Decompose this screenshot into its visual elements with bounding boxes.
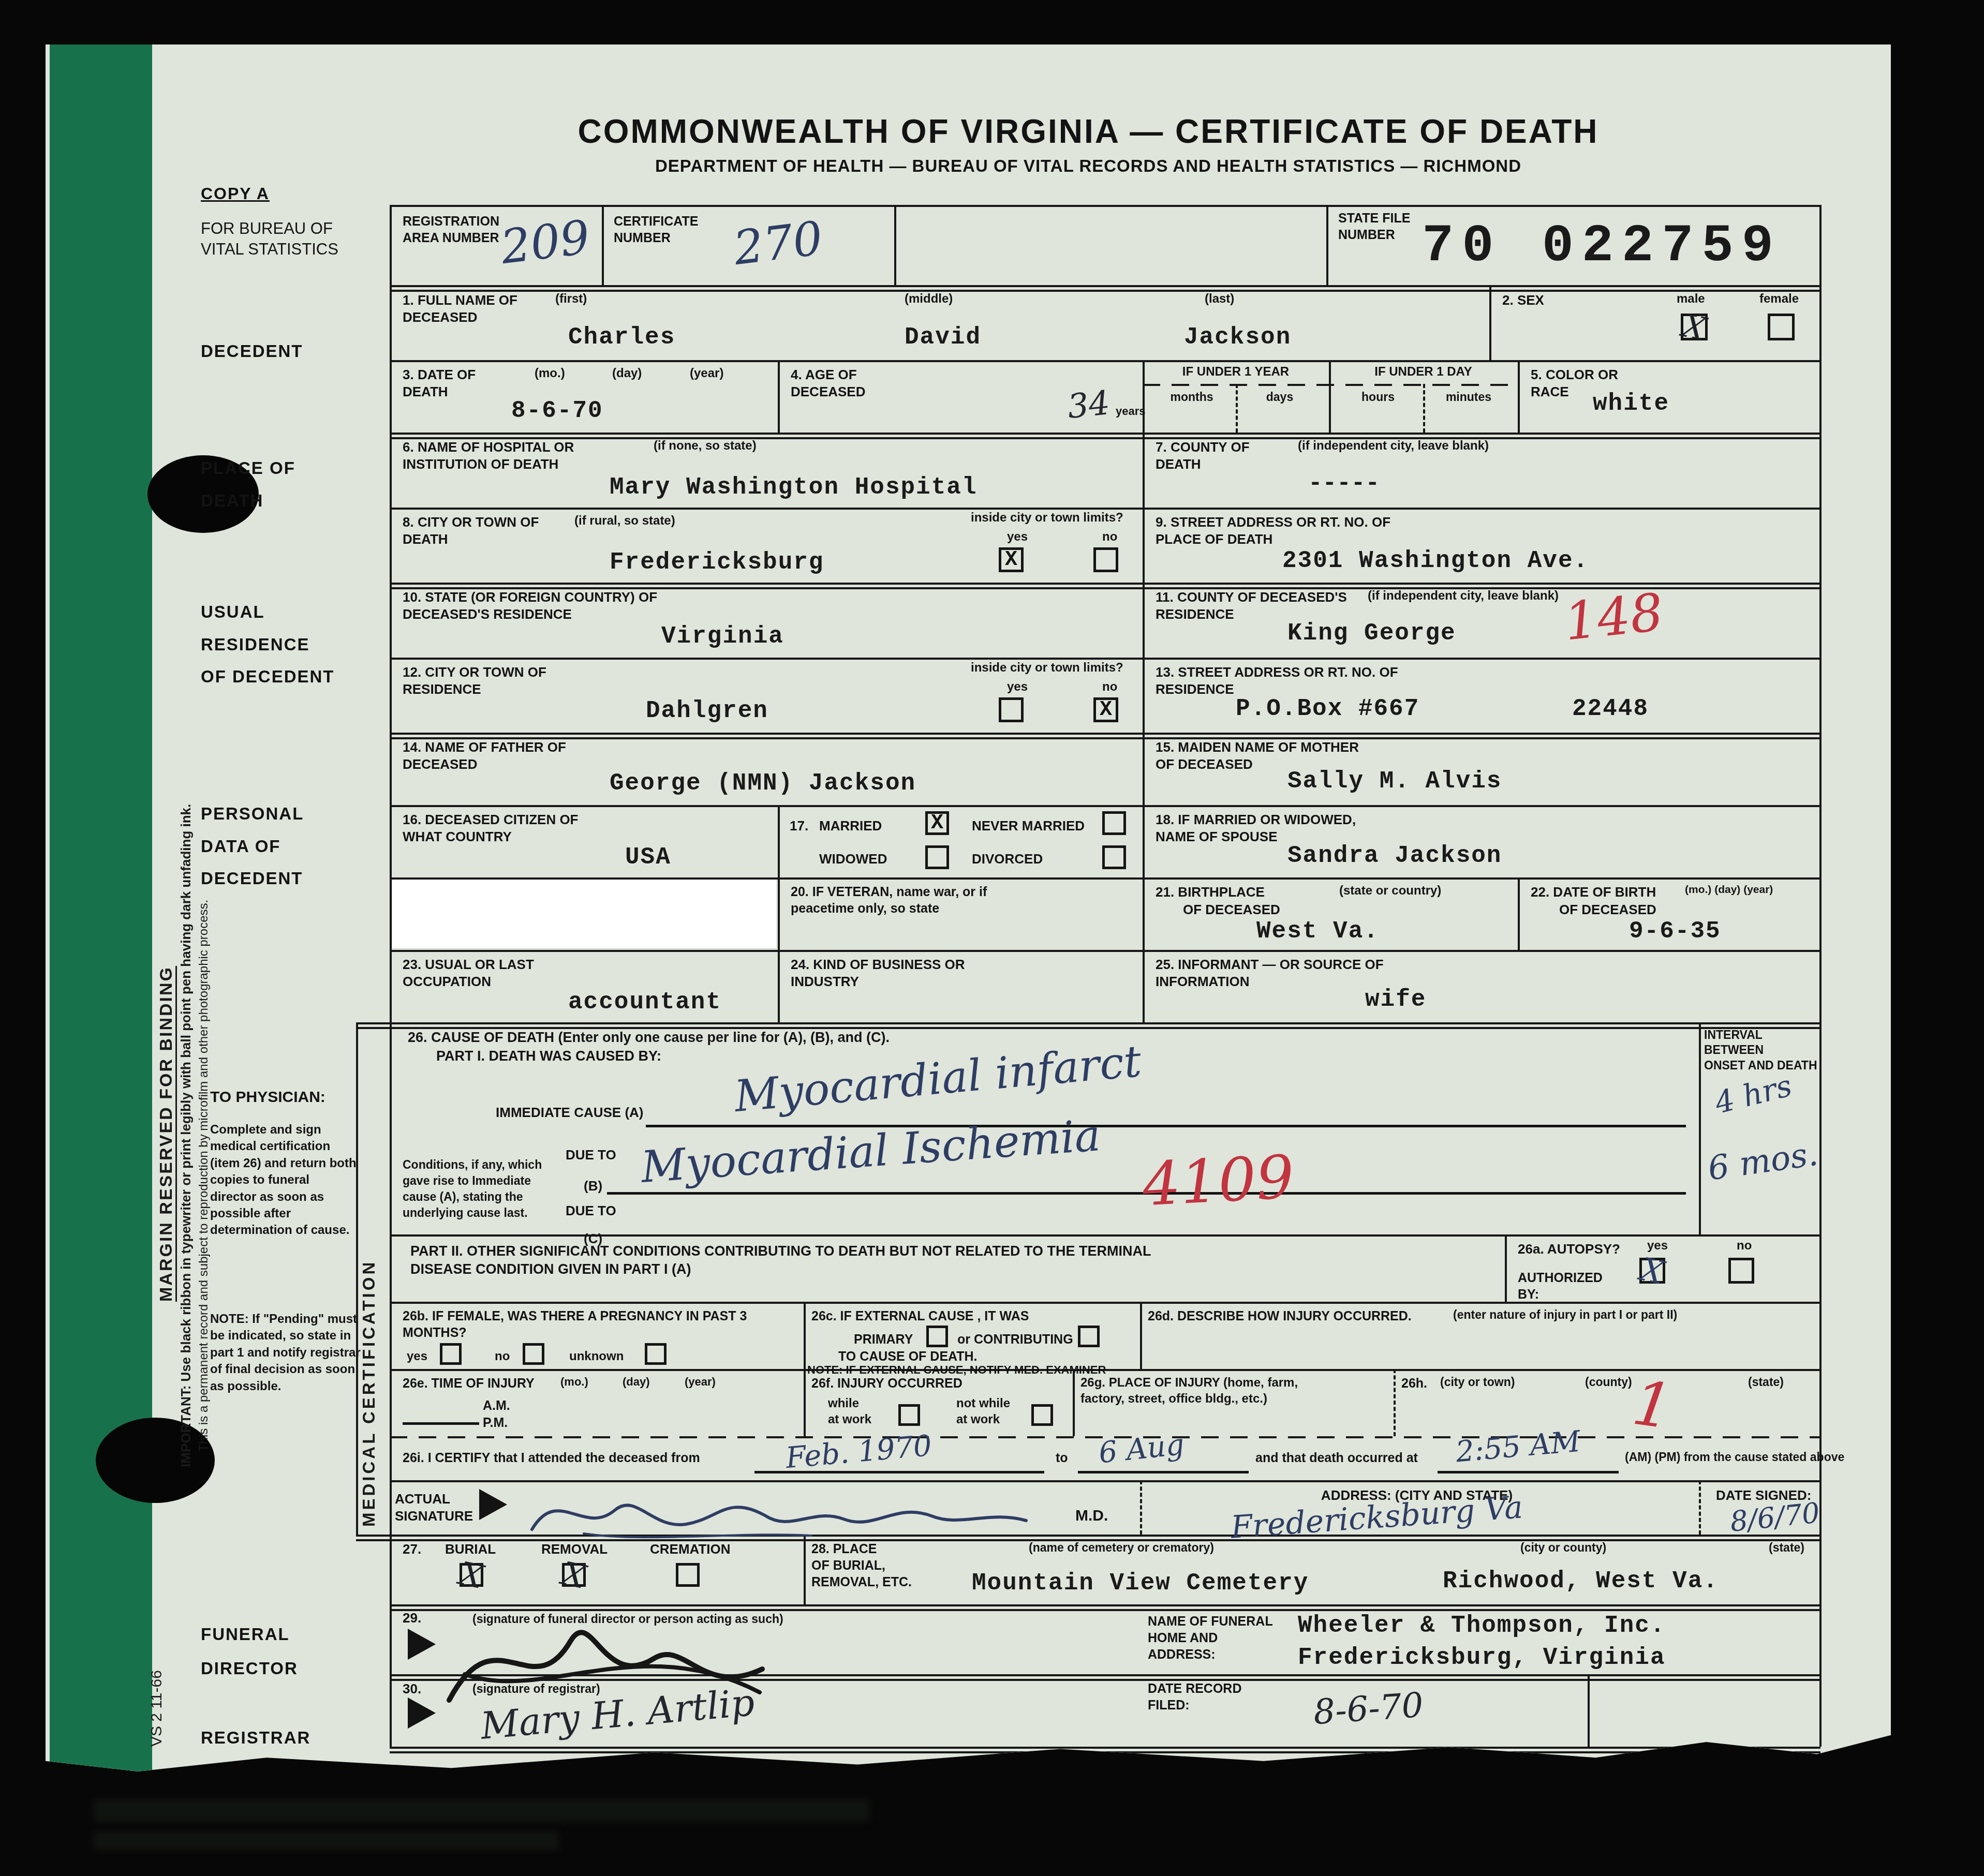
field30-hint: (signature of registrar) <box>472 1682 600 1696</box>
street-of-death-value: 2301 Washington Ave. <box>1282 547 1589 574</box>
field21-sub: OF DECEASED <box>1183 901 1280 918</box>
field26h-city-hint: (city or town) <box>1440 1375 1515 1389</box>
hours-label: hours <box>1337 390 1419 404</box>
contributing-checkbox <box>1078 1326 1100 1347</box>
interval-line1: INTERVAL BETWEEN <box>1704 1028 1823 1058</box>
widowed-checkbox <box>925 845 949 869</box>
field1-hint-middle: (middle) <box>905 292 953 306</box>
field26f-label: 26f. INJURY OCCURRED <box>811 1375 963 1392</box>
field29-num: 29. <box>403 1610 421 1627</box>
while-line2: at work <box>828 1412 871 1428</box>
field26b-label: 26b. IF FEMALE, WAS THERE A PREGNANCY IN… <box>403 1308 765 1341</box>
part2-label: PART II. OTHER SIGNIFICANT CONDITIONS CO… <box>410 1242 1476 1278</box>
field12-yes-label: yes <box>1007 680 1028 694</box>
actual-line2: SIGNATURE <box>395 1508 473 1525</box>
while-at-work-label: while at work <box>828 1396 871 1427</box>
state-file-value: 70 022759 <box>1422 216 1782 276</box>
field8-yes-label: yes <box>1007 530 1028 544</box>
burial-state-hint: (state) <box>1769 1541 1804 1555</box>
field26d-label: 26d. DESCRIBE HOW INJURY OCCURRED. <box>1148 1308 1412 1324</box>
field13-label: 13. STREET ADDRESS OR RT. NO. OF RESIDEN… <box>1156 664 1414 698</box>
field20-line2: peacetime only, so state <box>791 900 1018 917</box>
funeral-home-name: Wheeler & Thompson, Inc. <box>1298 1612 1666 1639</box>
bureau-label: FOR BUREAU OF VITAL STATISTICS <box>201 218 338 259</box>
county-of-death-value: ----- <box>1308 470 1380 497</box>
page-title: COMMONWEALTH OF VIRGINIA — CERTIFICATE O… <box>356 111 1820 153</box>
home-line1: NAME OF FUNERAL <box>1148 1613 1273 1630</box>
under-1-year-label: IF UNDER 1 YEAR <box>1148 364 1324 380</box>
certify-mid: and that death occurred at <box>1255 1450 1418 1466</box>
cause-b-value: Myocardial Ischemia <box>640 1110 1102 1193</box>
field11-hint: (if independent city, leave blank) <box>1368 589 1559 603</box>
city-of-death-value: Fredericksburg <box>610 549 824 576</box>
primary-checkbox <box>926 1326 948 1347</box>
never-married-checkbox <box>1102 811 1126 835</box>
field26b-no-label: no <box>495 1349 510 1364</box>
field1-hint-first: (first) <box>555 292 587 306</box>
authorized-line1: AUTHORIZED <box>1518 1270 1603 1286</box>
field21-label: 21. BIRTHPLACE <box>1156 884 1265 901</box>
field12-no-checkbox: X <box>1093 697 1118 722</box>
minutes-label: minutes <box>1425 390 1513 404</box>
field28-line2: OF BURIAL, <box>811 1557 912 1574</box>
ghost-artifact <box>93 1799 869 1821</box>
authorized-line2: BY: <box>1518 1286 1603 1303</box>
field26b-unknown-label: unknown <box>569 1349 624 1364</box>
removal-checkbox: X <box>562 1563 586 1587</box>
field26-label: 26. CAUSE OF DEATH (Enter only one cause… <box>408 1029 890 1047</box>
field26h-county-hint: (county) <box>1585 1375 1632 1389</box>
age-value: 34 <box>1065 384 1112 426</box>
field22-label: 22. DATE OF BIRTH <box>1531 884 1656 901</box>
notwhile-line2: at work <box>956 1412 1010 1428</box>
field22-hint: (mo.) (day) (year) <box>1685 884 1773 896</box>
divorced-checkbox <box>1102 845 1126 869</box>
cemetery-value: Mountain View Cemetery <box>972 1570 1309 1597</box>
field8-label: 8. CITY OR TOWN OF DEATH <box>403 514 573 548</box>
field14-label: 14. NAME OF FATHER OF DECEASED <box>403 739 579 773</box>
scanned-death-certificate: MARGIN RESERVED FOR BINDING IMPORTANT: U… <box>0 0 1984 1876</box>
contributing-label: or CONTRIBUTING <box>957 1331 1073 1348</box>
date-record-line2: FILED: <box>1148 1697 1241 1714</box>
field26c-label: 26c. IF EXTERNAL CAUSE , IT WAS <box>811 1308 1029 1324</box>
director-arrow-icon <box>408 1629 436 1660</box>
autopsy-yes-mark: X <box>1637 1250 1667 1292</box>
side-res1: USUAL <box>201 596 335 629</box>
cause-red-code: 4109 <box>1141 1142 1296 1219</box>
side-fd2: DIRECTOR <box>201 1651 298 1686</box>
field8-hint: (if rural, so state) <box>574 514 675 528</box>
field12-limits-label: inside city or town limits? <box>971 660 1142 676</box>
date-record-line1: DATE RECORD <box>1148 1680 1241 1697</box>
field26b-unknown-checkbox <box>645 1343 667 1365</box>
certificate-number-label: CERTIFICATE NUMBER <box>614 213 717 246</box>
field26b-yes-checkbox <box>440 1343 462 1365</box>
field24-label: 24. KIND OF BUSINESS OR INDUSTRY <box>791 956 977 991</box>
physician-signature <box>522 1482 1039 1539</box>
bureau-line2: VITAL STATISTICS <box>201 239 338 260</box>
field22-sub: OF DECEASED <box>1559 901 1656 918</box>
pm-label: P.M. <box>483 1415 508 1431</box>
field11-label: 11. COUNTY OF DECEASED'S RESIDENCE <box>1156 589 1363 623</box>
field26b-yes-label: yes <box>407 1349 427 1364</box>
side-funeral-director: FUNERAL DIRECTOR <box>201 1617 298 1686</box>
married-mark: X <box>931 812 943 835</box>
date-of-birth-value: 9-6-35 <box>1629 918 1721 945</box>
field12-no-label: no <box>1102 680 1117 694</box>
side-personal-data: PERSONAL DATA OF DECEDENT <box>201 798 304 895</box>
field1-label: 1. FULL NAME OF DECEASED <box>403 292 527 326</box>
part2-line1: PART II. OTHER SIGNIFICANT CONDITIONS CO… <box>410 1242 1476 1260</box>
conditions-note: Conditions, if any, which gave rise to I… <box>403 1157 566 1221</box>
field3-hint-mo: (mo.) <box>535 366 565 381</box>
field26h-num: 26h. <box>1401 1375 1427 1392</box>
margin-binding-note: MARGIN RESERVED FOR BINDING <box>156 707 176 1302</box>
months-label: months <box>1153 390 1231 404</box>
side-fd1: FUNERAL <box>201 1617 298 1651</box>
date-record-value: 8-6-70 <box>1312 1685 1425 1733</box>
side-pers3: DECEDENT <box>201 862 304 895</box>
married-label: MARRIED <box>819 817 882 835</box>
field7-hint: (if independent city, leave blank) <box>1298 439 1489 453</box>
while-line1: while <box>828 1396 871 1412</box>
removal-label: REMOVAL <box>541 1541 608 1558</box>
interval-b-value: 6 mos. <box>1706 1135 1820 1188</box>
burial-mark: X <box>456 1554 486 1596</box>
certify-to-value: 6 Aug <box>1097 1428 1186 1470</box>
field12-yes-checkbox <box>999 697 1024 722</box>
field7-label: 7. COUNTY OF DEATH <box>1156 439 1290 473</box>
not-while-at-work-label: not while at work <box>956 1396 1010 1427</box>
field2-label: 2. SEX <box>1502 292 1544 309</box>
divorced-label: DIVORCED <box>972 851 1043 868</box>
county-red-code: 148 <box>1561 582 1666 652</box>
autopsy-label: 26a. AUTOPSY? <box>1518 1241 1620 1258</box>
field6-hint: (if none, so state) <box>654 439 757 453</box>
side-usual-residence: USUAL RESIDENCE OF DECEDENT <box>201 596 335 693</box>
ghost-artifact <box>93 1832 559 1850</box>
field26b-no-checkbox <box>523 1343 544 1365</box>
widowed-label: WIDOWED <box>819 851 887 868</box>
registration-area-value: 209 <box>498 210 593 275</box>
middle-name-value: David <box>905 324 981 351</box>
sex-female-checkbox <box>1768 314 1795 340</box>
sex-male-label: male <box>1677 292 1705 306</box>
never-married-label: NEVER MARRIED <box>972 817 1085 835</box>
side-pers1: PERSONAL <box>201 798 304 830</box>
days-label: days <box>1241 390 1319 404</box>
field28-label: 28. PLACE OF BURIAL, REMOVAL, ETC. <box>811 1541 912 1590</box>
burial-city-value: Richwood, West Va. <box>1443 1568 1719 1595</box>
county-residence-value: King George <box>1287 620 1456 647</box>
field1-hint-last: (last) <box>1205 292 1234 306</box>
cremation-label: CREMATION <box>650 1541 731 1558</box>
father-name-value: George (NMN) Jackson <box>610 770 916 797</box>
field8-yes-mark: X <box>1005 548 1017 572</box>
removal-mark: X <box>559 1554 589 1596</box>
side-registrar: REGISTRAR <box>201 1727 310 1749</box>
while-at-work-checkbox <box>898 1404 920 1426</box>
field26e-hint-day: (day) <box>623 1375 650 1389</box>
field26-part1: PART I. DEATH WAS CAUSED BY: <box>436 1047 661 1065</box>
actual-line1: ACTUAL <box>395 1491 473 1508</box>
city-residence-value: Dahlgren <box>646 697 768 724</box>
under-1-day-label: IF UNDER 1 DAY <box>1334 364 1513 380</box>
sex-male-mark: X <box>1679 306 1709 348</box>
field3-hint-day: (day) <box>612 366 642 381</box>
color-race-value: white <box>1593 390 1669 417</box>
burial-city-hint: (city or county) <box>1520 1541 1606 1555</box>
field26e-label: 26e. TIME OF INJURY <box>403 1375 535 1392</box>
immediate-cause-label: IMMEDIATE CAUSE (A) <box>496 1104 644 1121</box>
field6-label: 6. NAME OF HOSPITAL OR INSTITUTION OF DE… <box>403 439 635 473</box>
hospital-value: Mary Washington Hospital <box>610 474 978 501</box>
field10-label: 10. STATE (OR FOREIGN COUNTRY) OF DECEAS… <box>403 589 692 623</box>
cause-a-value: Myocardial infarct <box>732 1036 1143 1122</box>
side-pending-note: NOTE: If "Pending" must be indicated, so… <box>210 1311 365 1395</box>
field21-hint: (state or country) <box>1339 884 1441 898</box>
sex-male-checkbox: X <box>1681 314 1708 340</box>
md-label: M.D. <box>1075 1506 1108 1526</box>
home-line3: ADDRESS: <box>1148 1646 1273 1663</box>
field26g-label: 26g. PLACE OF INJURY (home, farm, factor… <box>1080 1375 1313 1407</box>
spouse-value: Sandra Jackson <box>1287 842 1502 869</box>
medical-certification-label: MEDICAL CERTIFICATION <box>359 1030 379 1527</box>
side-place-of-death: PLACE OF DEATH <box>201 452 295 517</box>
date-record-label: DATE RECORD FILED: <box>1148 1680 1241 1714</box>
certificate-paper: MARGIN RESERVED FOR BINDING IMPORTANT: U… <box>46 44 1891 1777</box>
occupation-value: accountant <box>568 989 721 1016</box>
field4-label: 4. AGE OF DECEASED <box>791 366 925 401</box>
field28-line1: 28. PLACE <box>811 1541 912 1557</box>
interval-label: INTERVAL BETWEEN ONSET AND DEATH <box>1704 1028 1823 1073</box>
side-res2: RESIDENCE <box>201 629 335 661</box>
cremation-checkbox <box>676 1563 700 1587</box>
field23-label: 23. USUAL OR LAST OCCUPATION <box>403 956 579 991</box>
zip-value: 22448 <box>1572 695 1649 722</box>
field30-num: 30. <box>403 1680 421 1698</box>
am-label: A.M. <box>483 1397 510 1414</box>
actual-signature-label: ACTUAL SIGNATURE <box>395 1491 473 1525</box>
due-to-label-1: DUE TO <box>566 1147 616 1164</box>
informant-value: wife <box>1365 986 1426 1013</box>
field8-no-checkbox <box>1093 547 1118 572</box>
burial-checkbox: X <box>460 1563 483 1587</box>
autopsy-no-label: no <box>1737 1239 1752 1253</box>
field9-label: 9. STREET ADDRESS OR RT. NO. OF PLACE OF… <box>1156 514 1425 548</box>
field3-label: 3. DATE OF DEATH <box>403 366 522 401</box>
field8-yes-checkbox: X <box>999 547 1024 572</box>
certify-prefix: 26i. I CERTIFY that I attended the decea… <box>403 1450 700 1466</box>
funeral-home-label: NAME OF FUNERAL HOME AND ADDRESS: <box>1148 1613 1273 1663</box>
age-unit-label: years <box>1116 405 1146 418</box>
copy-label: COPY A <box>201 183 270 204</box>
married-checkbox: X <box>925 811 949 835</box>
field20-label: 20. IF VETERAN, name war, or if peacetim… <box>791 884 1018 917</box>
signature-arrow-icon <box>479 1489 507 1520</box>
street-residence-value: P.O.Box #667 <box>1236 695 1419 722</box>
state-residence-value: Virginia <box>661 623 784 650</box>
autopsy-no-checkbox <box>1728 1258 1754 1284</box>
margin-important-note: IMPORTANT: Use black ribbon in typewrite… <box>178 277 194 1467</box>
field16-label: 16. DECEASED CITIZEN OF WHAT COUNTRY <box>403 811 610 846</box>
last-name-value: Jackson <box>1184 324 1291 351</box>
side-res3: OF DECEDENT <box>201 661 335 693</box>
binding-strip <box>50 44 152 1777</box>
redaction-box <box>392 880 776 948</box>
side-to-physician-title: TO PHYSICIAN: <box>210 1088 325 1107</box>
page-subtitle: DEPARTMENT OF HEALTH — BUREAU OF VITAL R… <box>356 155 1820 177</box>
field20-line1: 20. IF VETERAN, name war, or if <box>791 884 1018 900</box>
field18-label: 18. IF MARRIED OR WIDOWED, NAME OF SPOUS… <box>1156 811 1404 846</box>
certify-suffix: (AM) (PM) from the cause stated above <box>1625 1450 1844 1465</box>
citizen-value: USA <box>625 844 671 871</box>
first-name-value: Charles <box>568 324 675 351</box>
field26e-hint-mo: (mo.) <box>560 1375 588 1389</box>
date-of-death-value: 8-6-70 <box>511 397 603 424</box>
side-to-physician-note: Complete and sign medical certification … <box>210 1122 358 1239</box>
injury-red-mark: 1 <box>1628 1366 1677 1442</box>
field3-hint-year: (year) <box>690 366 723 381</box>
authorized-by-label: AUTHORIZED BY: <box>1518 1270 1603 1303</box>
side-pers2: DATA OF <box>201 830 304 863</box>
field17-num: 17. <box>790 817 808 835</box>
part2-line2: DISEASE CONDITION GIVEN IN PART I (A) <box>410 1260 1476 1278</box>
bureau-line1: FOR BUREAU OF <box>201 218 338 239</box>
notwhile-line1: not while <box>956 1396 1010 1412</box>
field26e-hint-year: (year) <box>685 1375 716 1389</box>
interval-a-value: 4 hrs <box>1711 1068 1795 1121</box>
cemetery-hint: (name of cemetery or crematory) <box>1029 1541 1214 1555</box>
field26d-hint: (enter nature of injury in part I or par… <box>1453 1308 1677 1322</box>
interval-line2: ONSET AND DEATH <box>1704 1058 1823 1073</box>
certify-at-value: 2:55 AM <box>1455 1425 1582 1469</box>
side-decedent: DECEDENT <box>201 340 303 362</box>
cause-b-label: (B) <box>584 1178 602 1195</box>
not-while-at-work-checkbox <box>1031 1404 1053 1426</box>
field25-label: 25. INFORMANT — OR SOURCE OF INFORMATION <box>1156 956 1394 991</box>
field8-limits-label: inside city or town limits? <box>971 510 1142 526</box>
registrar-arrow-icon <box>408 1698 436 1729</box>
home-line2: HOME AND <box>1148 1630 1273 1646</box>
field26h-state-hint: (state) <box>1748 1375 1784 1389</box>
field12-label: 12. CITY OR TOWN OF RESIDENCE <box>403 664 579 698</box>
side-place2: DEATH <box>201 485 295 517</box>
field18-line1: 18. IF MARRIED OR WIDOWED, <box>1156 811 1404 828</box>
primary-label: PRIMARY <box>854 1331 913 1348</box>
certificate-number-value: 270 <box>731 211 825 276</box>
form-code: VS 2 11-66 <box>148 1591 166 1747</box>
field28-line3: REMOVAL, ETC. <box>811 1574 912 1590</box>
field12-no-mark: X <box>1100 698 1112 722</box>
field8-no-label: no <box>1102 530 1117 544</box>
due-to-label-2: DUE TO <box>566 1202 616 1219</box>
birthplace-value: West Va. <box>1256 918 1379 945</box>
field27-num: 27. <box>403 1541 421 1558</box>
autopsy-yes-checkbox: X <box>1639 1258 1665 1284</box>
certify-to-label: to <box>1056 1450 1068 1466</box>
funeral-home-city: Fredericksburg, Virginia <box>1298 1644 1666 1671</box>
side-place1: PLACE OF <box>201 452 295 485</box>
sex-female-label: female <box>1759 292 1799 306</box>
mother-name-value: Sally M. Alvis <box>1287 768 1502 795</box>
